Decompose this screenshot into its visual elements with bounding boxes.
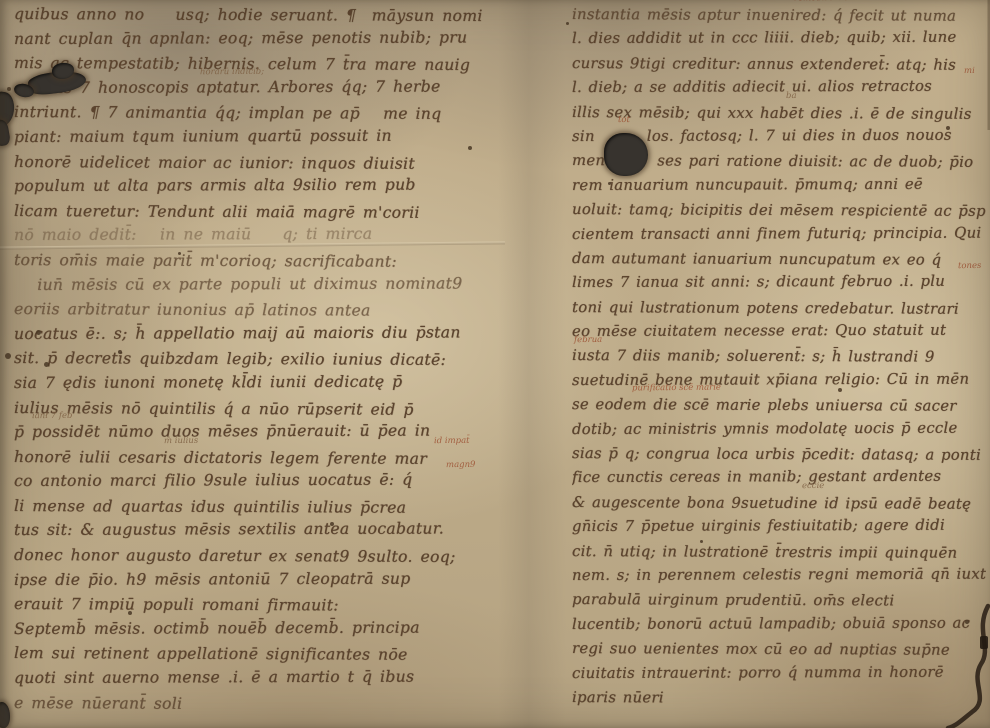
left-text-block: quibus anno no usq; hodie seruant. ¶ māy… [14, 2, 494, 715]
page-gutter-shadow [498, 0, 566, 728]
text-line: se eodem die scē marie plebs uniuersa cū… [572, 393, 986, 419]
ink-speck [128, 611, 132, 615]
ink-speck [330, 522, 334, 526]
text-line: uoluit: tamq; bicipitis dei mēsem respic… [572, 198, 986, 224]
ink-speck [608, 182, 611, 185]
text-line: eo mēse ciuitatem necesse erat: Quo stat… [572, 319, 986, 345]
text-line: tus sit: & augustus mēsis sextilis antea… [14, 517, 494, 543]
text-line: l. dieb; a se additis adiecit ui. alios … [572, 75, 986, 101]
text-line: parabulā uirginum prudentiū. om̄s electi [572, 588, 986, 614]
ink-speck [566, 22, 569, 25]
text-line: quoti sint auerno mense .i. ē a martio t… [14, 664, 494, 690]
manuscript-left-column: quibus anno no usq; hodie seruant. ¶ māy… [14, 0, 494, 728]
ink-speck [700, 540, 703, 543]
text-line: dotib; ac ministris ymnis modolatę uocis… [572, 416, 986, 442]
text-line: sia 7 ędis iunoni monetę kl̄di iunii ded… [14, 369, 494, 395]
ink-speck [965, 620, 969, 624]
text-line: rem ianuarium nuncupauit. p̄mumq; anni e… [572, 172, 986, 198]
text-line: Septemb̄ mēsis. octimb̄ nouēb̄ decemb̄. … [14, 615, 494, 641]
text-line: fice cunctis cereas in manib; gestant ar… [572, 465, 986, 491]
text-line: iun̄ mēsis cū ex parte populi ut diximus… [14, 271, 494, 297]
ink-speck [178, 252, 181, 255]
text-line: uocatus ē:. s; h̄ appellatio maij aū mai… [14, 320, 494, 346]
text-line: iparis nūeri [572, 686, 986, 712]
text-line: iusta 7 diis manib; soluerent̄: s; h̄ lu… [572, 344, 986, 370]
text-line: piant: maium tqum iunium quartū possuit … [14, 123, 494, 149]
text-line: limes 7 ianua sit anni: s; dicaunt febru… [572, 270, 986, 296]
text-line: lucentib; bonorū actuū lampadib; obuiā s… [572, 611, 986, 637]
manuscript-photo: quibus anno no usq; hodie seruant. ¶ māy… [0, 0, 990, 728]
ink-speck [36, 330, 41, 335]
text-line: regi suo uenientes mox cū eo ad nuptias … [572, 637, 986, 663]
ink-speck [468, 146, 472, 150]
text-line: co antonio marci filio 9sule iulius uoca… [14, 468, 494, 494]
text-line: ciuitatis intrauerint: porro q́ numma in… [572, 660, 986, 686]
text-line: ipse die p̄io. h9 mēsis antoniū 7 cleopa… [14, 566, 494, 592]
text-line: gn̄icis 7 p̄petue uirginis festiuitatib;… [572, 514, 986, 540]
manuscript-right-column: instantia mēsis aptur inuenired: q́ feci… [572, 0, 986, 728]
text-line: cientem transacti anni finem futuriq; pr… [572, 221, 986, 247]
text-line: nem. s; in perennem celestis regni memor… [572, 563, 986, 589]
text-line: e mēse nūerant̄ soli [14, 691, 494, 718]
ink-speck [946, 126, 950, 130]
text-line: nant cuplan q̄n apnlan: eoq; mēse penoti… [14, 25, 494, 51]
parchment-hole [604, 133, 648, 176]
text-line: anculis 7 honoscopis aptatur. Arbores q́… [14, 74, 494, 100]
ink-speck [7, 87, 11, 91]
text-line: suetudinē bene mutauit xp̄iana religio: … [572, 367, 986, 393]
text-line: p̄ possidēt nūmo duos mēses p̄nūerauit: … [14, 418, 494, 444]
text-line: nō maio dedit̄: in ne maiū q; ti mirca [14, 222, 494, 248]
ink-speck [44, 362, 49, 367]
ink-speck [118, 350, 122, 354]
right-text-block: instantia mēsis aptur inuenired: q́ feci… [572, 3, 986, 710]
text-line: l. dies addidit ut in ccc liiii. dieb; q… [572, 26, 986, 52]
ink-speck [838, 388, 842, 392]
text-line: populum ut alta pars armis alta 9silio r… [14, 172, 494, 198]
ink-speck [5, 353, 11, 359]
parchment-hole [0, 119, 11, 148]
parchment-hole [0, 702, 10, 728]
